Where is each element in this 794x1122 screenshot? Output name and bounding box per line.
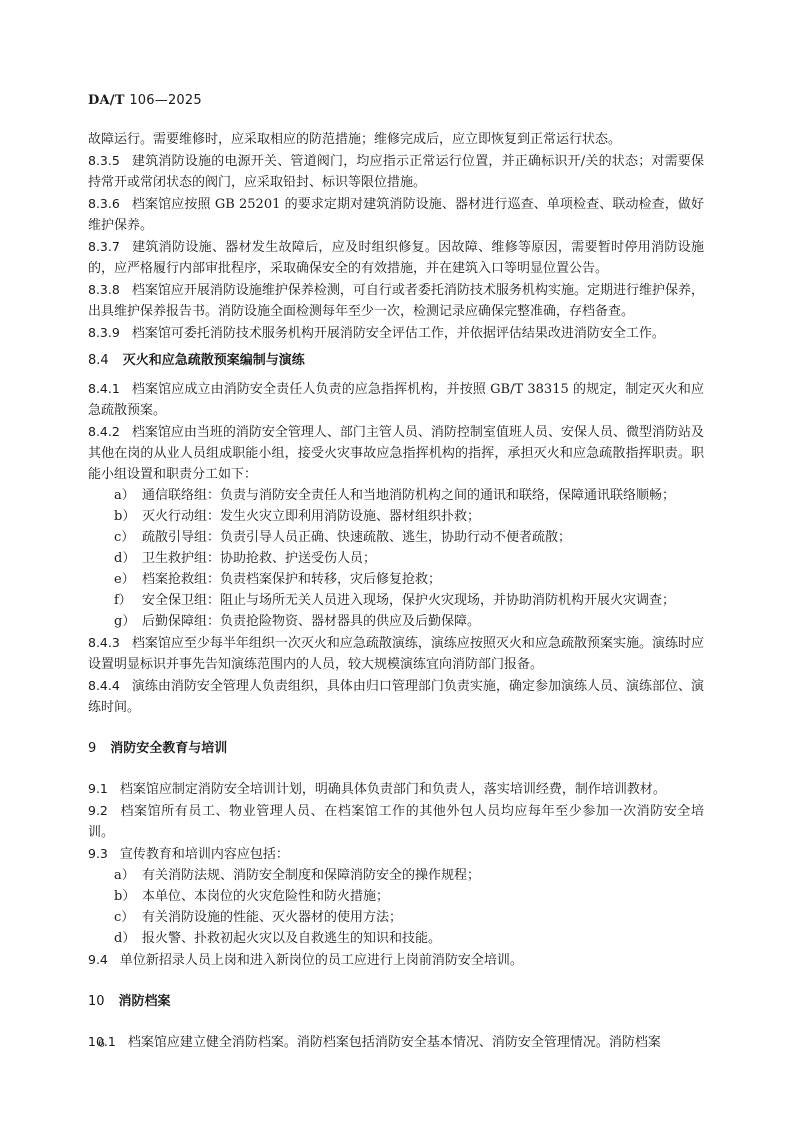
clause-number: 8.4.3 — [88, 635, 120, 650]
clause-text: 档案馆应制定消防安全培训计划，明确具体负责部门和负责人，落实培训经费，制作培训教… — [120, 782, 666, 797]
functional-groups-list: a）通信联络组：负责与消防安全责任人和当地消防机构之间的通讯和联络，保障通讯联络… — [88, 485, 704, 632]
clause-number: 8.3.7 — [88, 239, 120, 254]
clause-9-4: 9.4单位新招录人员上岗和进入新岗位的员工应进行上岗前消防安全培训。 — [88, 949, 704, 971]
clause-8-3-7: 8.3.7建筑消防设施、器材发生故障后，应及时组织修复。因故障、维修等原因，需要… — [88, 236, 704, 279]
section-number: 8.4 — [88, 353, 109, 368]
list-marker: d） — [114, 548, 142, 569]
clause-8-3-9: 8.3.9档案馆可委托消防技术服务机构开展消防安全评估工作，并依据评估结果改进消… — [88, 322, 704, 344]
clause-text: 建筑消防设施、器材发生故障后，应及时组织修复。因故障、维修等原因，需要暂时停用消… — [88, 240, 704, 276]
list-marker: d） — [114, 928, 142, 949]
list-marker: g） — [114, 611, 142, 632]
list-text: 安全保卫组：阻止与场所无关人员进入现场，保护火灾现场，并协助消防机构开展火灾调查… — [142, 593, 675, 608]
list-marker: a） — [114, 865, 142, 886]
standard-prefix: DA/T — [88, 93, 125, 108]
clause-number: 8.3.6 — [88, 196, 120, 211]
clause-8-3-6: 8.3.6档案馆应按照 GB 25201 的要求定期对建筑消防设施、器材进行巡查… — [88, 193, 704, 236]
clause-9-3: 9.3宣传教育和培训内容应包括： — [88, 843, 704, 865]
clause-8-4-4: 8.4.4演练由消防安全管理人负责组织，具体由归口管理部门负责实施，确定参加演练… — [88, 675, 704, 718]
clause-number: 9.2 — [88, 803, 108, 818]
clause-number: 9.3 — [88, 846, 108, 861]
clause-9-2: 9.2档案馆所有员工、物业管理人员、在档案馆工作的其他外包人员均应每年至少参加一… — [88, 800, 704, 843]
list-marker: e） — [114, 569, 142, 590]
list-text: 档案抢救组：负责档案保护和转移，灾后修复抢救； — [142, 572, 441, 587]
clause-number: 8.4.4 — [88, 678, 120, 693]
document-page: DA/T 106—2025 故障运行。需要维修时，应采取相应的防范措施；维修完成… — [0, 0, 794, 1122]
section-title: 消防安全教育与培训 — [110, 741, 227, 756]
standard-code: DA/T 106—2025 — [88, 93, 202, 108]
list-marker: f） — [114, 590, 142, 611]
list-marker: b） — [114, 506, 142, 527]
section-number: 9 — [88, 741, 96, 756]
clause-text: 档案馆所有员工、物业管理人员、在档案馆工作的其他外包人员均应每年至少参加一次消防… — [88, 804, 704, 840]
section-heading-9: 9消防安全教育与培训 — [88, 738, 704, 759]
list-item: d）卫生救护组：协助抢救、护送受伤人员； — [88, 548, 704, 569]
clause-number: 9.1 — [88, 781, 108, 796]
list-text: 卫生救护组：协助抢救、护送受伤人员； — [142, 551, 376, 566]
list-item: b）灭火行动组：发生火灾立即利用消防设施、器材组织扑救； — [88, 506, 704, 527]
clause-text: 档案馆应至少每半年组织一次灭火和应急疏散演练，演练应按照灭火和应急疏散预案实施。… — [88, 636, 704, 672]
clause-number: 8.3.9 — [88, 325, 120, 340]
clause-text: 档案馆可委托消防技术服务机构开展消防安全评估工作，并依据评估结果改进消防安全工作… — [132, 326, 665, 341]
clause-8-4-3: 8.4.3档案馆应至少每半年组织一次灭火和应急疏散演练，演练应按照灭火和应急疏散… — [88, 632, 704, 675]
list-text: 通信联络组：负责与消防安全责任人和当地消防机构之间的通讯和联络，保障通讯联络顺畅… — [142, 488, 675, 503]
clause-8-3-8: 8.3.8档案馆应开展消防设施维护保养检测，可自行或者委托消防技术服务机构实施。… — [88, 279, 704, 322]
clause-text: 单位新招录人员上岗和进入新岗位的员工应进行上岗前消防安全培训。 — [120, 953, 523, 968]
list-marker: c） — [114, 527, 142, 548]
list-item: c）有关消防设施的性能、灭火器材的使用方法； — [88, 907, 704, 928]
section-title: 灭火和应急疏散预案编制与演练 — [123, 353, 305, 368]
clause-text: 宣传教育和培训内容应包括： — [120, 847, 289, 862]
section-heading-8-4: 8.4灭火和应急疏散预案编制与演练 — [88, 350, 704, 371]
list-item: g）后勤保障组：负责抢险物资、器材器具的供应及后勤保障。 — [88, 611, 704, 632]
clause-text: 档案馆应开展消防设施维护保养检测，可自行或者委托消防技术服务机构实施。定期进行维… — [88, 283, 704, 319]
list-item: f）安全保卫组：阻止与场所无关人员进入现场，保护火灾现场，并协助消防机构开展火灾… — [88, 590, 704, 611]
page-body: 故障运行。需要维修时，应采取相应的防范措施；维修完成后，应立即恢复到正常运行状态… — [88, 129, 704, 1053]
clause-number: 8.4.1 — [88, 381, 120, 396]
list-item: a）通信联络组：负责与消防安全责任人和当地消防机构之间的通讯和联络，保障通讯联络… — [88, 485, 704, 506]
list-item: b）本单位、本岗位的火灾危险性和防火措施； — [88, 886, 704, 907]
section-heading-10: 10消防档案 — [88, 991, 704, 1012]
list-marker: c） — [114, 907, 142, 928]
clause-number: 9.4 — [88, 952, 108, 967]
list-text: 疏散引导组：负责引导人员正确、快速疏散、逃生，协助行动不便者疏散； — [142, 530, 571, 545]
list-text: 有关消防法规、消防安全制度和保障消防安全的操作规程； — [142, 868, 480, 883]
list-text: 有关消防设施的性能、灭火器材的使用方法； — [142, 910, 402, 925]
standard-number: 106—2025 — [129, 93, 202, 108]
list-item: a）有关消防法规、消防安全制度和保障消防安全的操作规程； — [88, 865, 704, 886]
training-content-list: a）有关消防法规、消防安全制度和保障消防安全的操作规程； b）本单位、本岗位的火… — [88, 865, 704, 949]
list-text: 本单位、本岗位的火灾危险性和防火措施； — [142, 889, 389, 904]
clause-8-4-1: 8.4.1档案馆应成立由消防安全责任人负责的应急指挥机构，并按照 GB/T 38… — [88, 378, 704, 421]
list-marker: b） — [114, 886, 142, 907]
list-text: 灭火行动组：发生火灾立即利用消防设施、器材组织扑救； — [142, 509, 480, 524]
clause-text: 档案馆应成立由消防安全责任人负责的应急指挥机构，并按照 GB/T 38315 的… — [88, 382, 704, 418]
continuation-paragraph: 故障运行。需要维修时，应采取相应的防范措施；维修完成后，应立即恢复到正常运行状态… — [88, 129, 704, 150]
clause-8-3-5: 8.3.5建筑消防设施的电源开关、管道阀门，均应指示正常运行位置，并正确标识开/… — [88, 150, 704, 193]
clause-8-4-2: 8.4.2档案馆应由当班的消防安全管理人、部门主管人员、消防控制室值班人员、安保… — [88, 421, 704, 485]
list-item: d）报火警、扑救初起火灾以及自救逃生的知识和技能。 — [88, 928, 704, 949]
clause-text: 档案馆应由当班的消防安全管理人、部门主管人员、消防控制室值班人员、安保人员、微型… — [88, 425, 704, 482]
clause-text: 建筑消防设施的电源开关、管道阀门，均应指示正常运行位置，并正确标识开/关的状态；… — [88, 154, 704, 190]
clause-number: 8.4.2 — [88, 424, 120, 439]
clause-text: 档案馆应建立健全消防档案。消防档案包括消防安全基本情况、消防安全管理情况。消防档… — [128, 1035, 661, 1050]
list-text: 报火警、扑救初起火灾以及自救逃生的知识和技能。 — [142, 931, 441, 946]
clause-text: 演练由消防安全管理人负责组织，具体由归口管理部门负责实施，确定参加演练人员、演练… — [88, 679, 704, 715]
clause-number: 8.3.8 — [88, 282, 120, 297]
page-number: 6 — [98, 1037, 105, 1050]
list-marker: a） — [114, 485, 142, 506]
clause-9-1: 9.1档案馆应制定消防安全培训计划，明确具体负责部门和负责人，落实培训经费，制作… — [88, 778, 704, 800]
list-text: 后勤保障组：负责抢险物资、器材器具的供应及后勤保障。 — [142, 614, 480, 629]
clause-text: 档案馆应按照 GB 25201 的要求定期对建筑消防设施、器材进行巡查、单项检查… — [88, 197, 704, 233]
section-number: 10 — [88, 994, 105, 1009]
section-title: 消防档案 — [119, 994, 171, 1009]
list-item: e）档案抢救组：负责档案保护和转移，灾后修复抢救； — [88, 569, 704, 590]
clause-10-1: 10.1档案馆应建立健全消防档案。消防档案包括消防安全基本情况、消防安全管理情况… — [88, 1031, 704, 1053]
clause-number: 8.3.5 — [88, 153, 120, 168]
list-item: c）疏散引导组：负责引导人员正确、快速疏散、逃生，协助行动不便者疏散； — [88, 527, 704, 548]
